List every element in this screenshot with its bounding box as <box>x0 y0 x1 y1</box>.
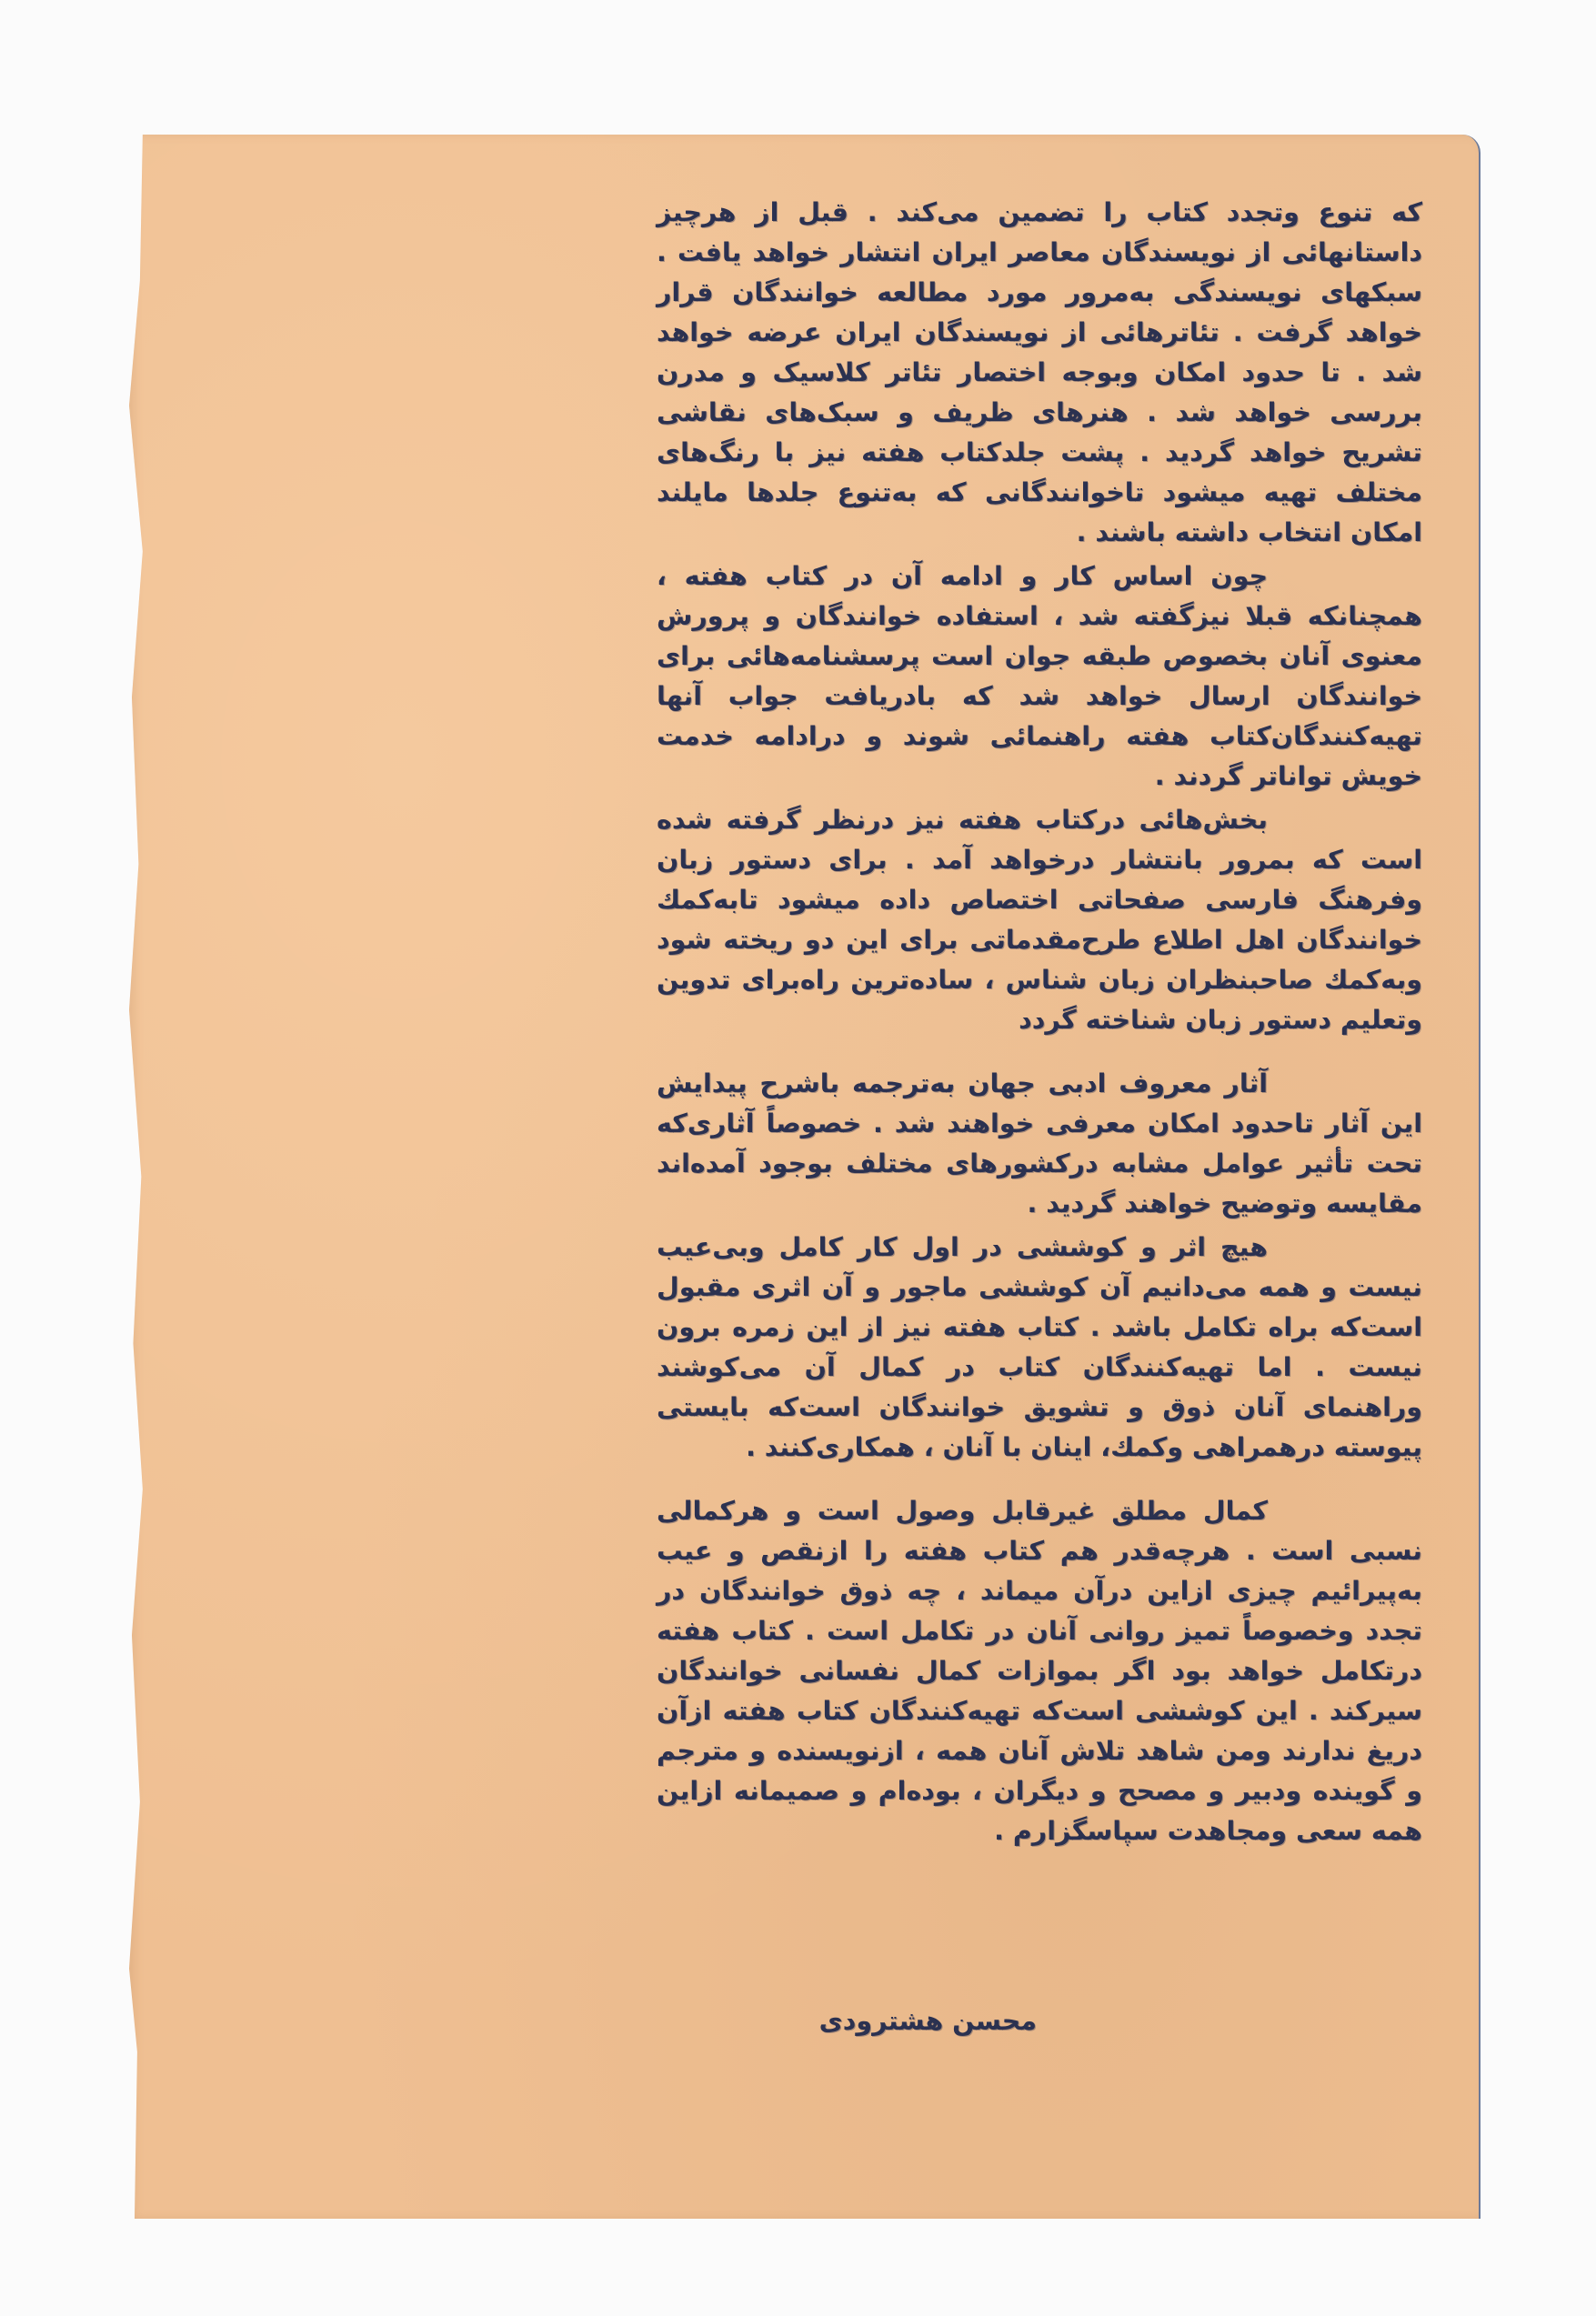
body-text-column: که تنوع وتجدد کتاب را تضمین می‌کند . قبل… <box>657 193 1422 1855</box>
paragraph: که تنوع وتجدد کتاب را تضمین می‌کند . قبل… <box>657 193 1422 553</box>
paragraph: هیچ اثر و کوششی در اول کار کامل وبی‌عیب … <box>657 1228 1422 1468</box>
paragraph: بخش‌هائی درکتاب هفته نیز درنظر گرفته شده… <box>657 800 1422 1040</box>
author-signature: محسن هشترودی <box>800 2006 1037 2036</box>
paragraph: چون اساس کار و ادامه آن در کتاب هفته ، ه… <box>657 556 1422 797</box>
paragraph: آثار معروف ادبی جهان به‌ترجمه باشرح پیدا… <box>657 1064 1422 1224</box>
paragraph: کمال مطلق غیرقابل وصول است و هرکمالی نسب… <box>657 1491 1422 1851</box>
